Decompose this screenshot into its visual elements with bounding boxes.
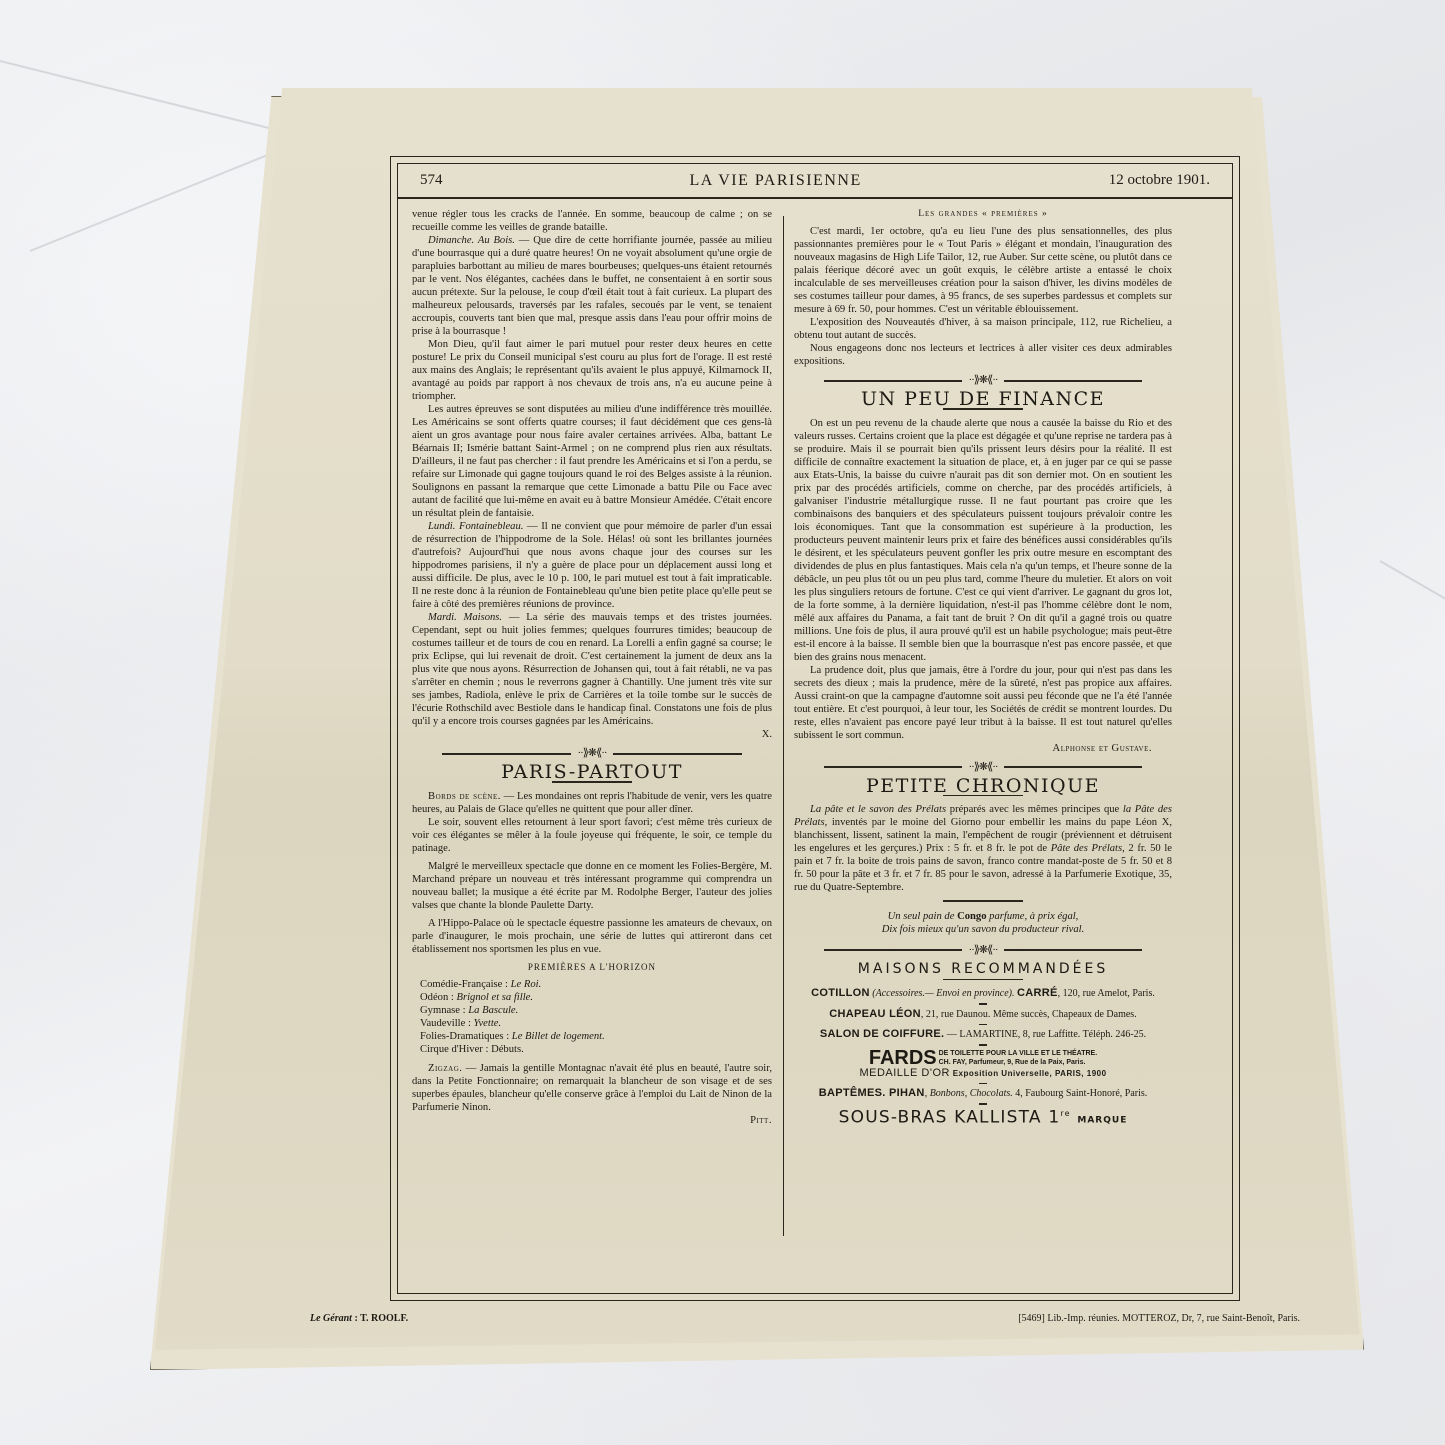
premiere-item: Cirque d'Hiver : Débuts. — [420, 1043, 772, 1056]
signature-text: Pitt. — [750, 1114, 772, 1127]
issue-date: 12 octobre 1901. — [1109, 172, 1210, 189]
opening-paragraph: venue régler tous les cracks de l'année.… — [412, 208, 772, 234]
premiere-item: Comédie-Française : Le Roi. — [420, 978, 772, 991]
ornament-divider: ··⟫❋⟪·· — [442, 747, 742, 760]
signature-text: Alphonse et Gustave. — [1053, 742, 1152, 755]
lundi-text: — Il ne convient que pour mémoire de par… — [412, 521, 772, 610]
short-rule — [943, 900, 1023, 902]
ornament-icon: ··⟫❋⟪·· — [962, 944, 1003, 957]
bords-lead: Bords de scène. — [428, 791, 501, 802]
background-crease — [1380, 560, 1445, 602]
ornament-icon: ··⟫❋⟪·· — [571, 747, 612, 760]
column-divider — [783, 216, 784, 1236]
premiere-item: Vaudeville : Yvette. — [420, 1017, 772, 1030]
malgre-paragraph: Malgré le merveilleux spectacle que donn… — [412, 860, 772, 912]
ad-baptemes: BAPTÊMES. PIHAN, Bonbons, Chocolats. 4, … — [794, 1087, 1172, 1105]
dimanche-lead: Dimanche. Au Bois. — [428, 235, 515, 246]
ornament-divider: ··⟫❋⟪·· — [824, 761, 1142, 774]
premieres-list: Comédie-Française : Le Roi. Odéon : Brig… — [420, 978, 772, 1056]
grandes-premieres-paragraph: C'est mardi, 1er octobre, qu'a eu lieu l… — [794, 225, 1172, 316]
autres-epreuves-paragraph: Les autres épreuves se sont disputées au… — [412, 403, 772, 520]
dimanche-text: — Que dire de cette horrifiante journée,… — [412, 235, 772, 337]
masthead: 574 LA VIE PARISIENNE 12 octobre 1901. — [398, 164, 1232, 199]
lundi-paragraph: Lundi. Fontainebleau. — Il ne convient q… — [412, 520, 772, 611]
page-number: 574 — [420, 172, 443, 189]
dimanche-paragraph: Dimanche. Au Bois. — Que dire de cette h… — [412, 234, 772, 338]
newspaper-page: 574 LA VIE PARISIENNE 12 octobre 1901. v… — [150, 88, 1362, 1360]
finance-paragraph-2: La prudence doit, plus que jamais, être … — [794, 664, 1172, 742]
le-soir-paragraph: Le soir, souvent elles retournent à leur… — [412, 816, 772, 855]
heading-rule — [943, 979, 1023, 981]
hippo-palace-paragraph: A l'Hippo-Palace où le spectacle équestr… — [412, 917, 772, 956]
finance-heading: UN PEU DE FINANCE — [794, 393, 1172, 406]
printer-credit: [5469] Lib.-Imp. réunies. MOTTEROZ, Dr, … — [1018, 1313, 1300, 1324]
mardi-text: — La série des mauvais temps et des tris… — [412, 612, 772, 727]
zigzag-lead: Zigzag. — [428, 1063, 462, 1074]
signature-x: X. — [412, 728, 772, 741]
ad-fards: FARDSDE TOILETTE POUR LA VILLE ET LE THÉ… — [794, 1049, 1172, 1085]
mon-dieu-paragraph: Mon Dieu, qu'il faut aimer le pari mutue… — [412, 338, 772, 403]
background-crease — [30, 153, 272, 252]
engageons-paragraph: Nous engageons donc nos lecteurs et lect… — [794, 342, 1172, 368]
exposition-paragraph: L'exposition des Nouveautés d'hiver, à s… — [794, 316, 1172, 342]
paris-partout-heading: PARIS-PARTOUT — [412, 766, 772, 779]
zigzag-text: — Jamais la gentille Montagnac n'avait é… — [412, 1063, 772, 1113]
premieres-horizon-heading: PREMIÈRES A L'HORIZON — [412, 961, 772, 974]
chronique-paragraph: La pâte et le savon des Prélats préparés… — [794, 803, 1172, 894]
mardi-lead: Mardi. Maisons. — [428, 612, 502, 623]
maisons-heading: MAISONS RECOMMANDÉES — [794, 963, 1172, 976]
ornament-divider: ··⟫❋⟪·· — [824, 944, 1142, 957]
background-crease — [0, 60, 291, 135]
ad-kallista: SOUS-BRAS KALLISTA 1re MARQUE — [794, 1108, 1172, 1127]
ornament-icon: ··⟫❋⟪·· — [962, 761, 1003, 774]
ad-chapeau-leon: CHAPEAU LÉON, 21, rue Daunou. Même succè… — [794, 1008, 1172, 1026]
lundi-lead: Lundi. Fontainebleau. — [428, 521, 523, 532]
right-column: Les grandes « premières » C'est mardi, 1… — [794, 208, 1172, 1126]
premiere-item: Gymnase : La Bascule. — [420, 1004, 772, 1017]
congo-verse: Un seul pain de Congo parfume, à prix ég… — [794, 910, 1172, 936]
zigzag-paragraph: Zigzag. — Jamais la gentille Montagnac n… — [412, 1062, 772, 1114]
ornament-divider: ··⟫❋⟪·· — [824, 374, 1142, 387]
ad-salon-coiffure: SALON DE COIFFURE. — LAMARTINE, 8, rue L… — [794, 1028, 1172, 1046]
page-frame: 574 LA VIE PARISIENNE 12 octobre 1901. v… — [390, 156, 1240, 1301]
signature-pitt: Pitt. — [412, 1114, 772, 1127]
ad-cotillon: COTILLON (Accessoires.— Envoi en provinc… — [794, 987, 1172, 1005]
bords-de-scene-paragraph: Bords de scène. — Les mondaines ont repr… — [412, 790, 772, 816]
chronique-heading: PETITE CHRONIQUE — [794, 780, 1172, 793]
grandes-premieres-heading: Les grandes « premières » — [794, 208, 1172, 221]
page-footer: Le Gérant : T. ROOLF. [5469] Lib.-Imp. r… — [310, 1313, 1300, 1324]
premiere-item: Odéon : Brignol et sa fille. — [420, 991, 772, 1004]
ornament-icon: ··⟫❋⟪·· — [962, 374, 1003, 387]
finance-paragraph-1: On est un peu revenu de la chaude alerte… — [794, 417, 1172, 664]
premiere-item: Folies-Dramatiques : Le Billet de logeme… — [420, 1030, 772, 1043]
mardi-paragraph: Mardi. Maisons. — La série des mauvais t… — [412, 611, 772, 728]
gerant-credit: Le Gérant : T. ROOLF. — [310, 1313, 408, 1324]
left-column: venue régler tous les cracks de l'année.… — [412, 208, 772, 1127]
signature-alphonse-gustave: Alphonse et Gustave. — [794, 742, 1172, 755]
publication-title: LA VIE PARISIENNE — [690, 172, 862, 190]
signature-text: X. — [762, 728, 772, 741]
